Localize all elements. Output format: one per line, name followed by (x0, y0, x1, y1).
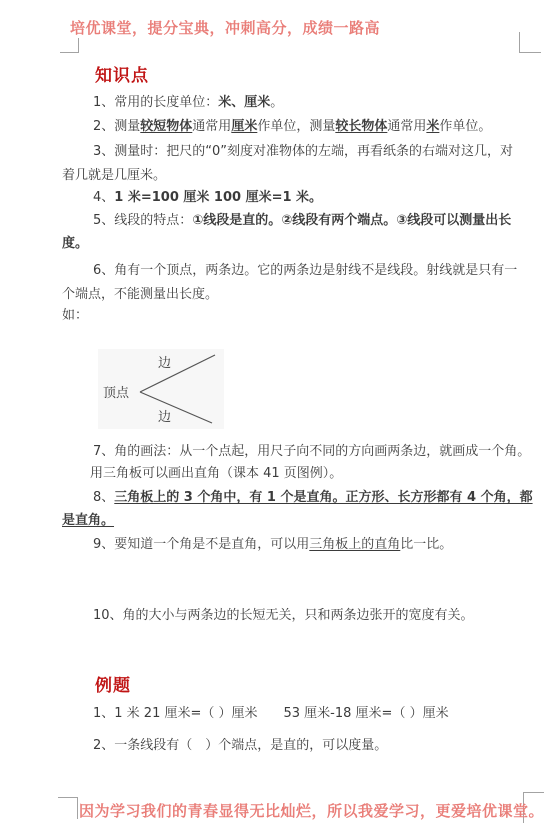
footer-slogan: 因为学习我们的青春显得无比灿烂，所以我爱学习，更爱培优课堂。 (79, 800, 544, 821)
text-line: 9、要知道一个角是不是直角，可以用三角板上的直角比一比。 (93, 537, 452, 553)
edge-top-label: 边 (158, 352, 171, 371)
text-line: 着几就是几厘米。 (62, 168, 166, 184)
margin-mark-top-right (519, 32, 541, 53)
text-line: 度。 (62, 236, 88, 252)
text-segment: 米 (426, 119, 439, 134)
text-segment: 5、线段的特点： (93, 213, 192, 228)
text-segment: 个端点，不能测量出长度。 (62, 287, 218, 302)
margin-mark-top-left (60, 38, 79, 53)
angle-ray-bottom (140, 392, 212, 423)
text-segment: 度。 (62, 236, 88, 251)
text-line: 6、角有一个顶点，两条边。它的两条边是射线不是线段。射线就是只有一 (93, 263, 517, 279)
text-line: 1、1 米 21 厘米=（ ）厘米 53 厘米-18 厘米=（ ）厘米 (93, 706, 449, 722)
text-line: 是直角。 (62, 513, 114, 529)
text-segment: 三角板上的 3 个角中，有 1 个是直角。正方形、长方形都有 4 个角，都 (114, 490, 532, 505)
text-segment: 2、一条线段有（ ）个端点，是直的，可以度量。 (93, 738, 387, 753)
text-line: 2、一条线段有（ ）个端点，是直的，可以度量。 (93, 738, 387, 754)
text-segment: 厘米 (231, 119, 257, 134)
text-line: 5、线段的特点：①线段是直的。②线段有两个端点。③线段可以测量出长 (93, 213, 511, 229)
header-slogan: 培优课堂，提分宝典，冲刺高分，成绩一路高 (70, 17, 380, 38)
text-segment: 如： (62, 308, 88, 323)
text-segment: 米、厘米 (218, 95, 270, 110)
text-segment: 着几就是几厘米。 (62, 168, 166, 183)
text-segment: 用三角板可以画出直角（课本 41 页图例）。 (90, 466, 342, 481)
text-line: 如： (62, 308, 88, 324)
text-segment: ①线段是直的。②线段有两个端点。③线段可以测量出长 (192, 213, 511, 228)
text-line: 3、测量时：把尺的“0”刻度对准物体的左端，再看纸条的右端对这几，对 (93, 144, 513, 160)
angle-diagram: 顶点 边 边 (98, 349, 224, 429)
vertex-label: 顶点 (103, 382, 129, 401)
margin-mark-bottom-left (58, 797, 78, 819)
text-segment: 作单位。 (439, 119, 491, 134)
text-segment: 1、1 米 21 厘米=（ ）厘米 53 厘米-18 厘米=（ ）厘米 (93, 706, 449, 721)
text-segment: 10、角的大小与两条边的长短无关，只和两条边张开的宽度有关。 (93, 608, 474, 623)
edge-bottom-label: 边 (158, 406, 171, 425)
text-segment: 作单位，测量 (257, 119, 335, 134)
text-segment: 8、 (93, 490, 114, 505)
text-segment: 通常用 (387, 119, 426, 134)
text-segment: 较短物体 (140, 119, 192, 134)
section-heading-example-problems: 例题 (95, 671, 131, 696)
text-segment: 通常用 (192, 119, 231, 134)
text-line: 个端点，不能测量出长度。 (62, 287, 218, 303)
text-line: 2、测量较短物体通常用厘米作单位，测量较长物体通常用米作单位。 (93, 119, 491, 135)
text-line: 1、常用的长度单位：米、厘米。 (93, 95, 283, 111)
text-segment: 9、要知道一个角是不是直角，可以用 (93, 537, 309, 552)
text-segment: 4、 (93, 190, 114, 205)
text-line: 4、1 米=100 厘米 100 厘米=1 米。 (93, 190, 322, 206)
angle-ray-top (140, 355, 215, 392)
text-segment: 较长物体 (335, 119, 387, 134)
text-segment: 1 米=100 厘米 100 厘米=1 米。 (114, 190, 322, 205)
text-segment: 是直角。 (62, 513, 114, 528)
text-segment: 。 (270, 95, 283, 110)
text-line: 7、角的画法：从一个点起，用尺子向不同的方向画两条边，就画成一个角。 (93, 444, 530, 460)
text-line: 10、角的大小与两条边的长短无关，只和两条边张开的宽度有关。 (93, 608, 474, 624)
document-page: 培优课堂，提分宝典，冲刺高分，成绩一路高 知识点 例题 1、常用的长度单位：米、… (0, 0, 553, 828)
text-segment: 三角板上的直角 (309, 537, 400, 552)
text-line: 8、三角板上的 3 个角中，有 1 个是直角。正方形、长方形都有 4 个角，都 (93, 490, 533, 506)
text-segment: 3、测量时：把尺的“0”刻度对准物体的左端，再看纸条的右端对这几，对 (93, 144, 513, 159)
text-segment: 比一比。 (400, 537, 452, 552)
text-segment: 7、角的画法：从一个点起，用尺子向不同的方向画两条边，就画成一个角。 (93, 444, 530, 459)
text-segment: 6、角有一个顶点，两条边。它的两条边是射线不是线段。射线就是只有一 (93, 263, 517, 278)
text-segment: 2、测量 (93, 119, 140, 134)
section-heading-knowledge-points: 知识点 (95, 61, 149, 86)
text-segment: 1、常用的长度单位： (93, 95, 218, 110)
text-line: 用三角板可以画出直角（课本 41 页图例）。 (90, 466, 342, 482)
